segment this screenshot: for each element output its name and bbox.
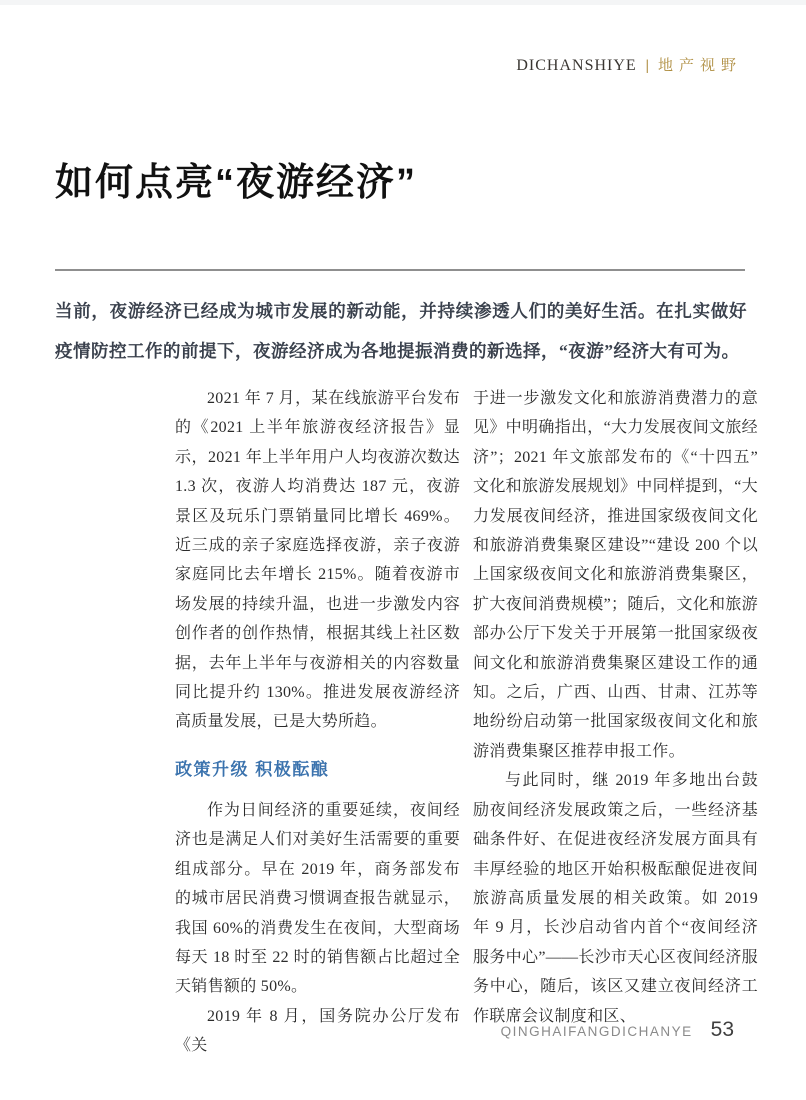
- article-body: 2021 年 7 月，某在线旅游平台发布的《2021 上半年旅游夜经济报告》显示…: [175, 384, 759, 1061]
- paragraph: 2019 年 8 月，国务院办公厅发布《关: [175, 1002, 460, 1061]
- section-subheading: 政策升级 积极酝酿: [175, 758, 460, 782]
- page-top-edge: [0, 0, 806, 5]
- magazine-page: DICHANSHIYE | 地产视野 如何点亮“夜游经济” 当前，夜游经济已经成…: [0, 0, 806, 1100]
- paragraph: 2021 年 7 月，某在线旅游平台发布的《2021 上半年旅游夜经济报告》显示…: [175, 384, 460, 737]
- journal-section-name: 地产视野: [658, 54, 742, 75]
- journal-code: QINGHAIFANGDICHANYE: [501, 1024, 693, 1039]
- paragraph: 与此同时，继 2019 年多地出台鼓励夜间经济发展政策之后，一些经济基础条件好、…: [473, 766, 758, 1031]
- masthead-separator: |: [646, 58, 649, 75]
- journal-name-pinyin: DICHANSHIYE: [516, 57, 636, 75]
- paragraph: 作为日间经济的重要延续，夜间经济也是满足人们对美好生活需要的重要组成部分。早在 …: [175, 796, 460, 1002]
- right-column: 于进一步激发文化和旅游消费潜力的意见》中明确指出，“大力发展夜间文旅经济”；20…: [473, 384, 758, 1061]
- left-column: 2021 年 7 月，某在线旅游平台发布的《2021 上半年旅游夜经济报告》显示…: [175, 384, 460, 1061]
- page-footer: QINGHAIFANGDICHANYE 53: [501, 1018, 734, 1042]
- article-title: 如何点亮“夜游经济”: [55, 160, 417, 206]
- journal-masthead: DICHANSHIYE | 地产视野: [516, 54, 742, 75]
- title-divider-rule: [55, 269, 745, 271]
- article-standfirst: 当前，夜游经济已经成为城市发展的新动能，并持续渗透人们的美好生活。在扎实做好疫情…: [55, 291, 747, 371]
- paragraph-continuation: 于进一步激发文化和旅游消费潜力的意见》中明确指出，“大力发展夜间文旅经济”；20…: [473, 384, 758, 766]
- page-number: 53: [711, 1018, 734, 1042]
